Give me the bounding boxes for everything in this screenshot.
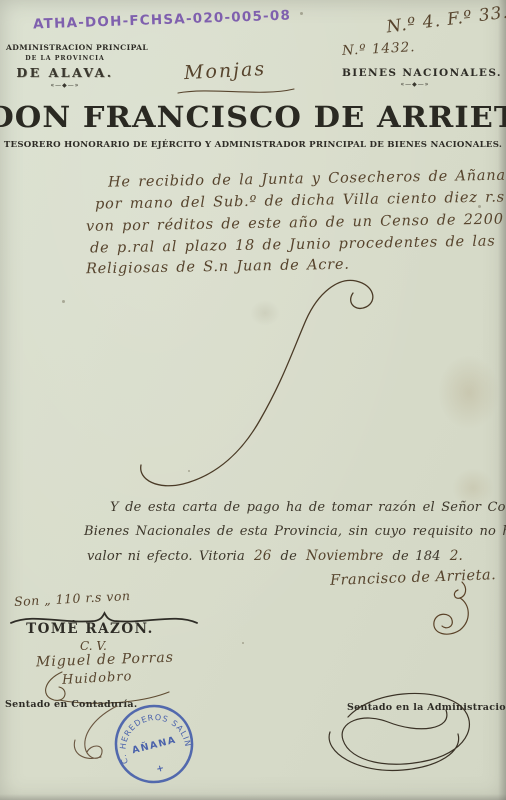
document-title: DON FRANCISCO DE ARRIETA,	[0, 100, 506, 134]
clause-date-line: valor ni efecto. Vitoria 26 de Noviembre…	[87, 548, 463, 564]
paper-speck	[300, 12, 303, 15]
clause-date-printed: valor ni efecto. Vitoria	[87, 549, 245, 564]
clause-de: de	[281, 549, 297, 564]
initials-handwriting: C. V.	[80, 639, 107, 653]
ornament-divider: «—◆—»	[342, 81, 488, 88]
office-name: ADMINISTRACION PRINCIPAL	[6, 43, 124, 52]
letterhead-section-block: BIENES NACIONALES. «—◆—»	[342, 67, 488, 88]
stamp-center-text: AÑANA	[131, 735, 178, 757]
clause-line: Y de esta carta de pago ha de tomar razó…	[110, 500, 506, 515]
clause-line: Bienes Nacionales de esta Provincia, sin…	[84, 524, 506, 539]
heirs-salinas-stamp: C. HEREDEROS SALINAS AÑANA +	[103, 693, 205, 795]
document-number-handwriting: N.º 1432.	[342, 39, 416, 59]
paper-speck	[62, 300, 65, 303]
month-handwriting: Noviembre	[306, 548, 384, 564]
receipt-body-line: He recibido de la Junta y Cosecheros de …	[108, 167, 506, 190]
archive-reference-handwriting: ATHA-DOH-FCHSA-020-005-08	[33, 8, 292, 33]
paper-speck	[242, 642, 244, 644]
year-prefix-printed: de 184	[393, 549, 441, 564]
ornament-divider: «—◆—»	[6, 82, 124, 89]
subject-underline-swash	[176, 86, 298, 98]
office-province: DE LA PROVINCIA	[6, 55, 124, 62]
administration-rubric-flourish	[318, 682, 490, 782]
day-handwriting: 26	[254, 548, 272, 564]
document-subtitle: TESORERO HONORARIO DE EJÉRCITO Y ADMINIS…	[0, 140, 506, 150]
receipt-body-line: de p.ral al plazo 18 de Junio procedente…	[90, 233, 496, 256]
subject-note-handwriting: Monjas	[183, 58, 266, 84]
letterhead-office-block: ADMINISTRACION PRINCIPAL DE LA PROVINCIA…	[6, 43, 124, 89]
year-digit-handwriting: 2.	[450, 548, 463, 564]
receipt-body-line: por mano del Sub.º de dicha Villa ciento…	[95, 189, 505, 212]
tome-razon-heading: TOMÉ RAZON.	[0, 621, 180, 637]
blank-space-swash-flourish	[128, 265, 383, 490]
office-alava: DE ALAVA.	[6, 65, 124, 80]
section-title: BIENES NACIONALES.	[342, 67, 488, 79]
folio-number-handwriting: N.º 4. F.º 33.	[385, 3, 506, 38]
amount-note-handwriting: Son „ 110 r.s von	[14, 588, 131, 609]
paper-stain	[438, 355, 500, 430]
scanned-document-page: ATHA-DOH-FCHSA-020-005-08 N.º 4. F.º 33.…	[0, 0, 506, 800]
receipt-body-line: von por réditos de este año de un Censo …	[86, 211, 506, 235]
arrieta-rubric-flourish	[412, 580, 478, 648]
page-edge-shadow	[0, 794, 506, 800]
stamp-bottom-mark: +	[155, 763, 165, 775]
